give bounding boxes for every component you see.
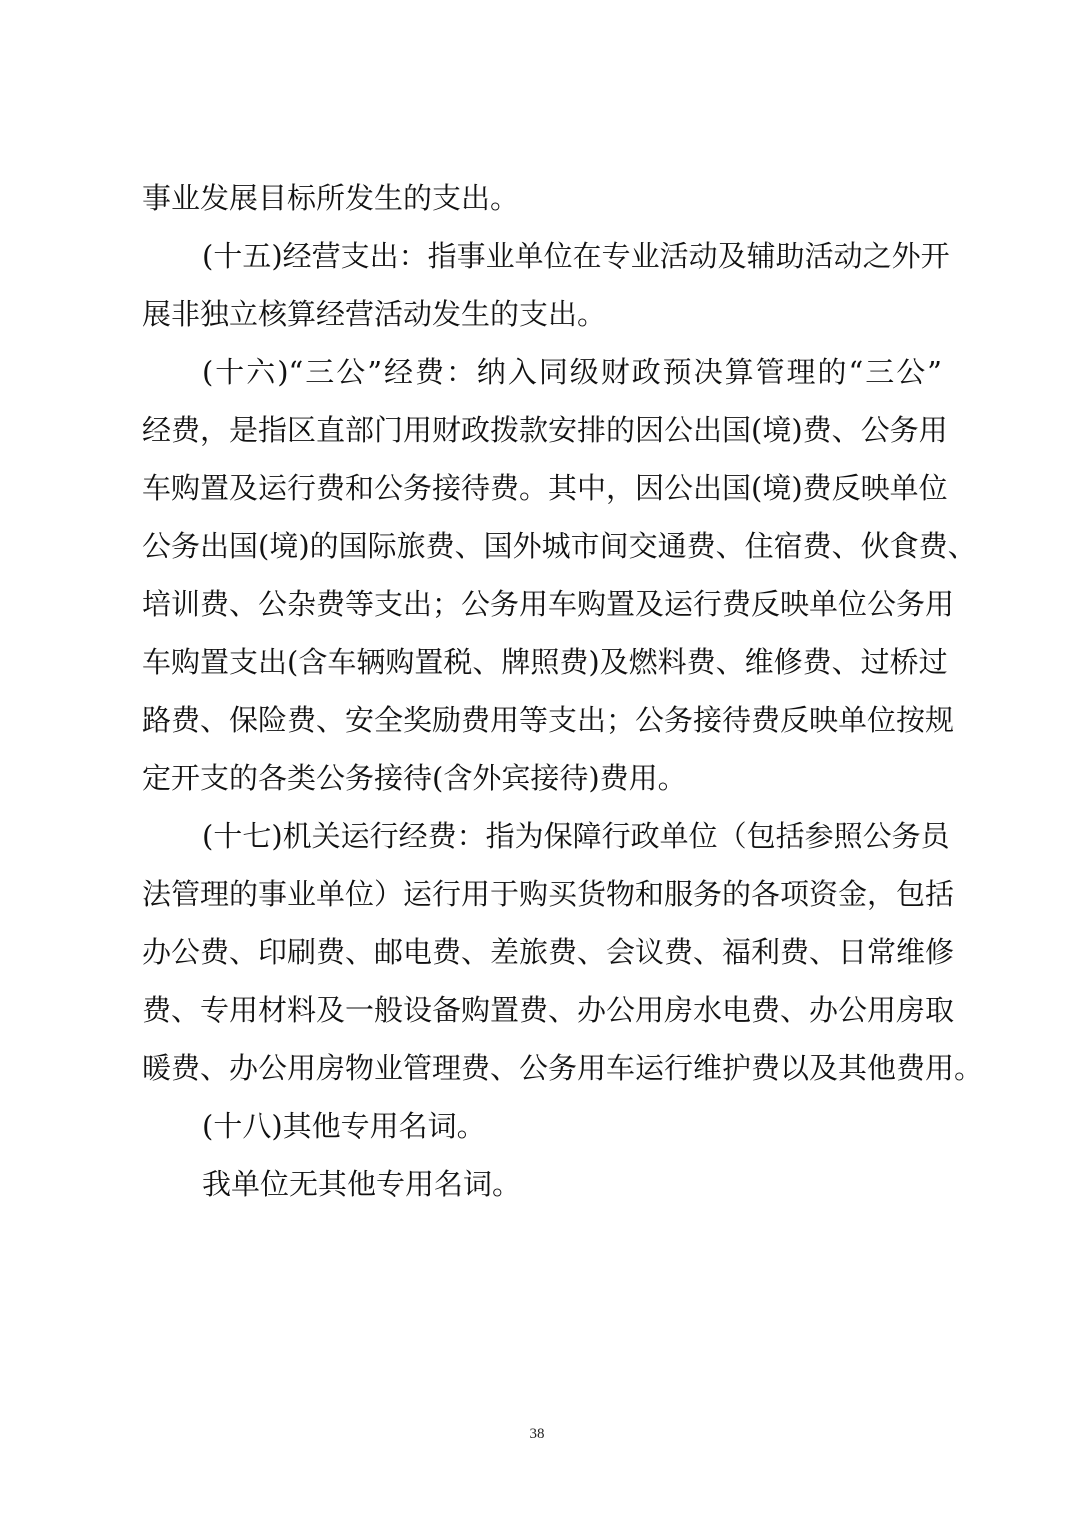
text-line-content: (十七)机关运行经费：指为保障行政单位（包括参照公务员 [202,816,942,856]
text-line-content: 经费，是指区直部门用财政拨款安排的因公出国(境)费、公务用 [142,410,942,450]
text-line: 费、专用材料及一般设备购置费、办公用房水电费、办公用房取 [142,990,942,1030]
text-line: 路费、保险费、安全奖励费用等支出；公务接待费反映单位按规 [142,700,942,740]
text-line: 事业发展目标所发生的支出。 [142,178,942,218]
text-line: 法管理的事业单位）运行用于购买货物和服务的各项资金，包括 [142,874,942,914]
text-line: 车购置支出(含车辆购置税、牌照费)及燃料费、维修费、过桥过 [142,642,942,682]
page-number: 38 [0,1426,1074,1443]
text-line: 车购置及运行费和公务接待费。其中，因公出国(境)费反映单位 [142,468,942,508]
text-line-content: 车购置支出(含车辆购置税、牌照费)及燃料费、维修费、过桥过 [142,642,942,682]
document-page: 事业发展目标所发生的支出。(十五)经营支出：指事业单位在专业活动及辅助活动之外开… [0,0,1074,1520]
text-line-content: 车购置及运行费和公务接待费。其中，因公出国(境)费反映单位 [142,468,942,508]
text-line-content: 路费、保险费、安全奖励费用等支出；公务接待费反映单位按规 [142,700,942,740]
text-line-content: (十八)其他专用名词。 [202,1106,486,1146]
text-line-content: 展非独立核算经营活动发生的支出。 [142,294,606,334]
text-line: 我单位无其他专用名词。 [202,1164,942,1204]
text-line: (十五)经营支出：指事业单位在专业活动及辅助活动之外开 [202,236,942,276]
text-line: 定开支的各类公务接待(含外宾接待)费用。 [142,758,942,798]
text-line-content: 定开支的各类公务接待(含外宾接待)费用。 [142,758,687,798]
text-line-content: 事业发展目标所发生的支出。 [142,178,519,218]
text-line: 办公费、印刷费、邮电费、差旅费、会议费、福利费、日常维修 [142,932,942,972]
text-line-content: 费、专用材料及一般设备购置费、办公用房水电费、办公用房取 [142,990,942,1030]
text-line: (十七)机关运行经费：指为保障行政单位（包括参照公务员 [202,816,942,856]
text-line: 公务出国(境)的国际旅费、国外城市间交通费、住宿费、伙食费、 [142,526,942,566]
text-line-content: 公务出国(境)的国际旅费、国外城市间交通费、住宿费、伙食费、 [142,526,942,566]
text-line: 展非独立核算经营活动发生的支出。 [142,294,942,334]
text-line: 暖费、办公用房物业管理费、公务用车运行维护费以及其他费用。 [142,1048,942,1088]
text-line: 经费，是指区直部门用财政拨款安排的因公出国(境)费、公务用 [142,410,942,450]
text-line-content: (十五)经营支出：指事业单位在专业活动及辅助活动之外开 [202,236,942,276]
text-line-content: 法管理的事业单位）运行用于购买货物和服务的各项资金，包括 [142,874,942,914]
text-line: (十八)其他专用名词。 [202,1106,942,1146]
text-line: 培训费、公杂费等支出；公务用车购置及运行费反映单位公务用 [142,584,942,624]
text-line: (十六)“三公”经费：纳入同级财政预决算管理的“三公” [202,352,942,392]
text-line-content: 暖费、办公用房物业管理费、公务用车运行维护费以及其他费用。 [142,1048,942,1088]
text-line-content: 培训费、公杂费等支出；公务用车购置及运行费反映单位公务用 [142,584,942,624]
text-line-content: 我单位无其他专用名词。 [202,1164,521,1204]
text-line-content: 办公费、印刷费、邮电费、差旅费、会议费、福利费、日常维修 [142,932,942,972]
text-line-content: (十六)“三公”经费：纳入同级财政预决算管理的“三公” [202,352,942,392]
